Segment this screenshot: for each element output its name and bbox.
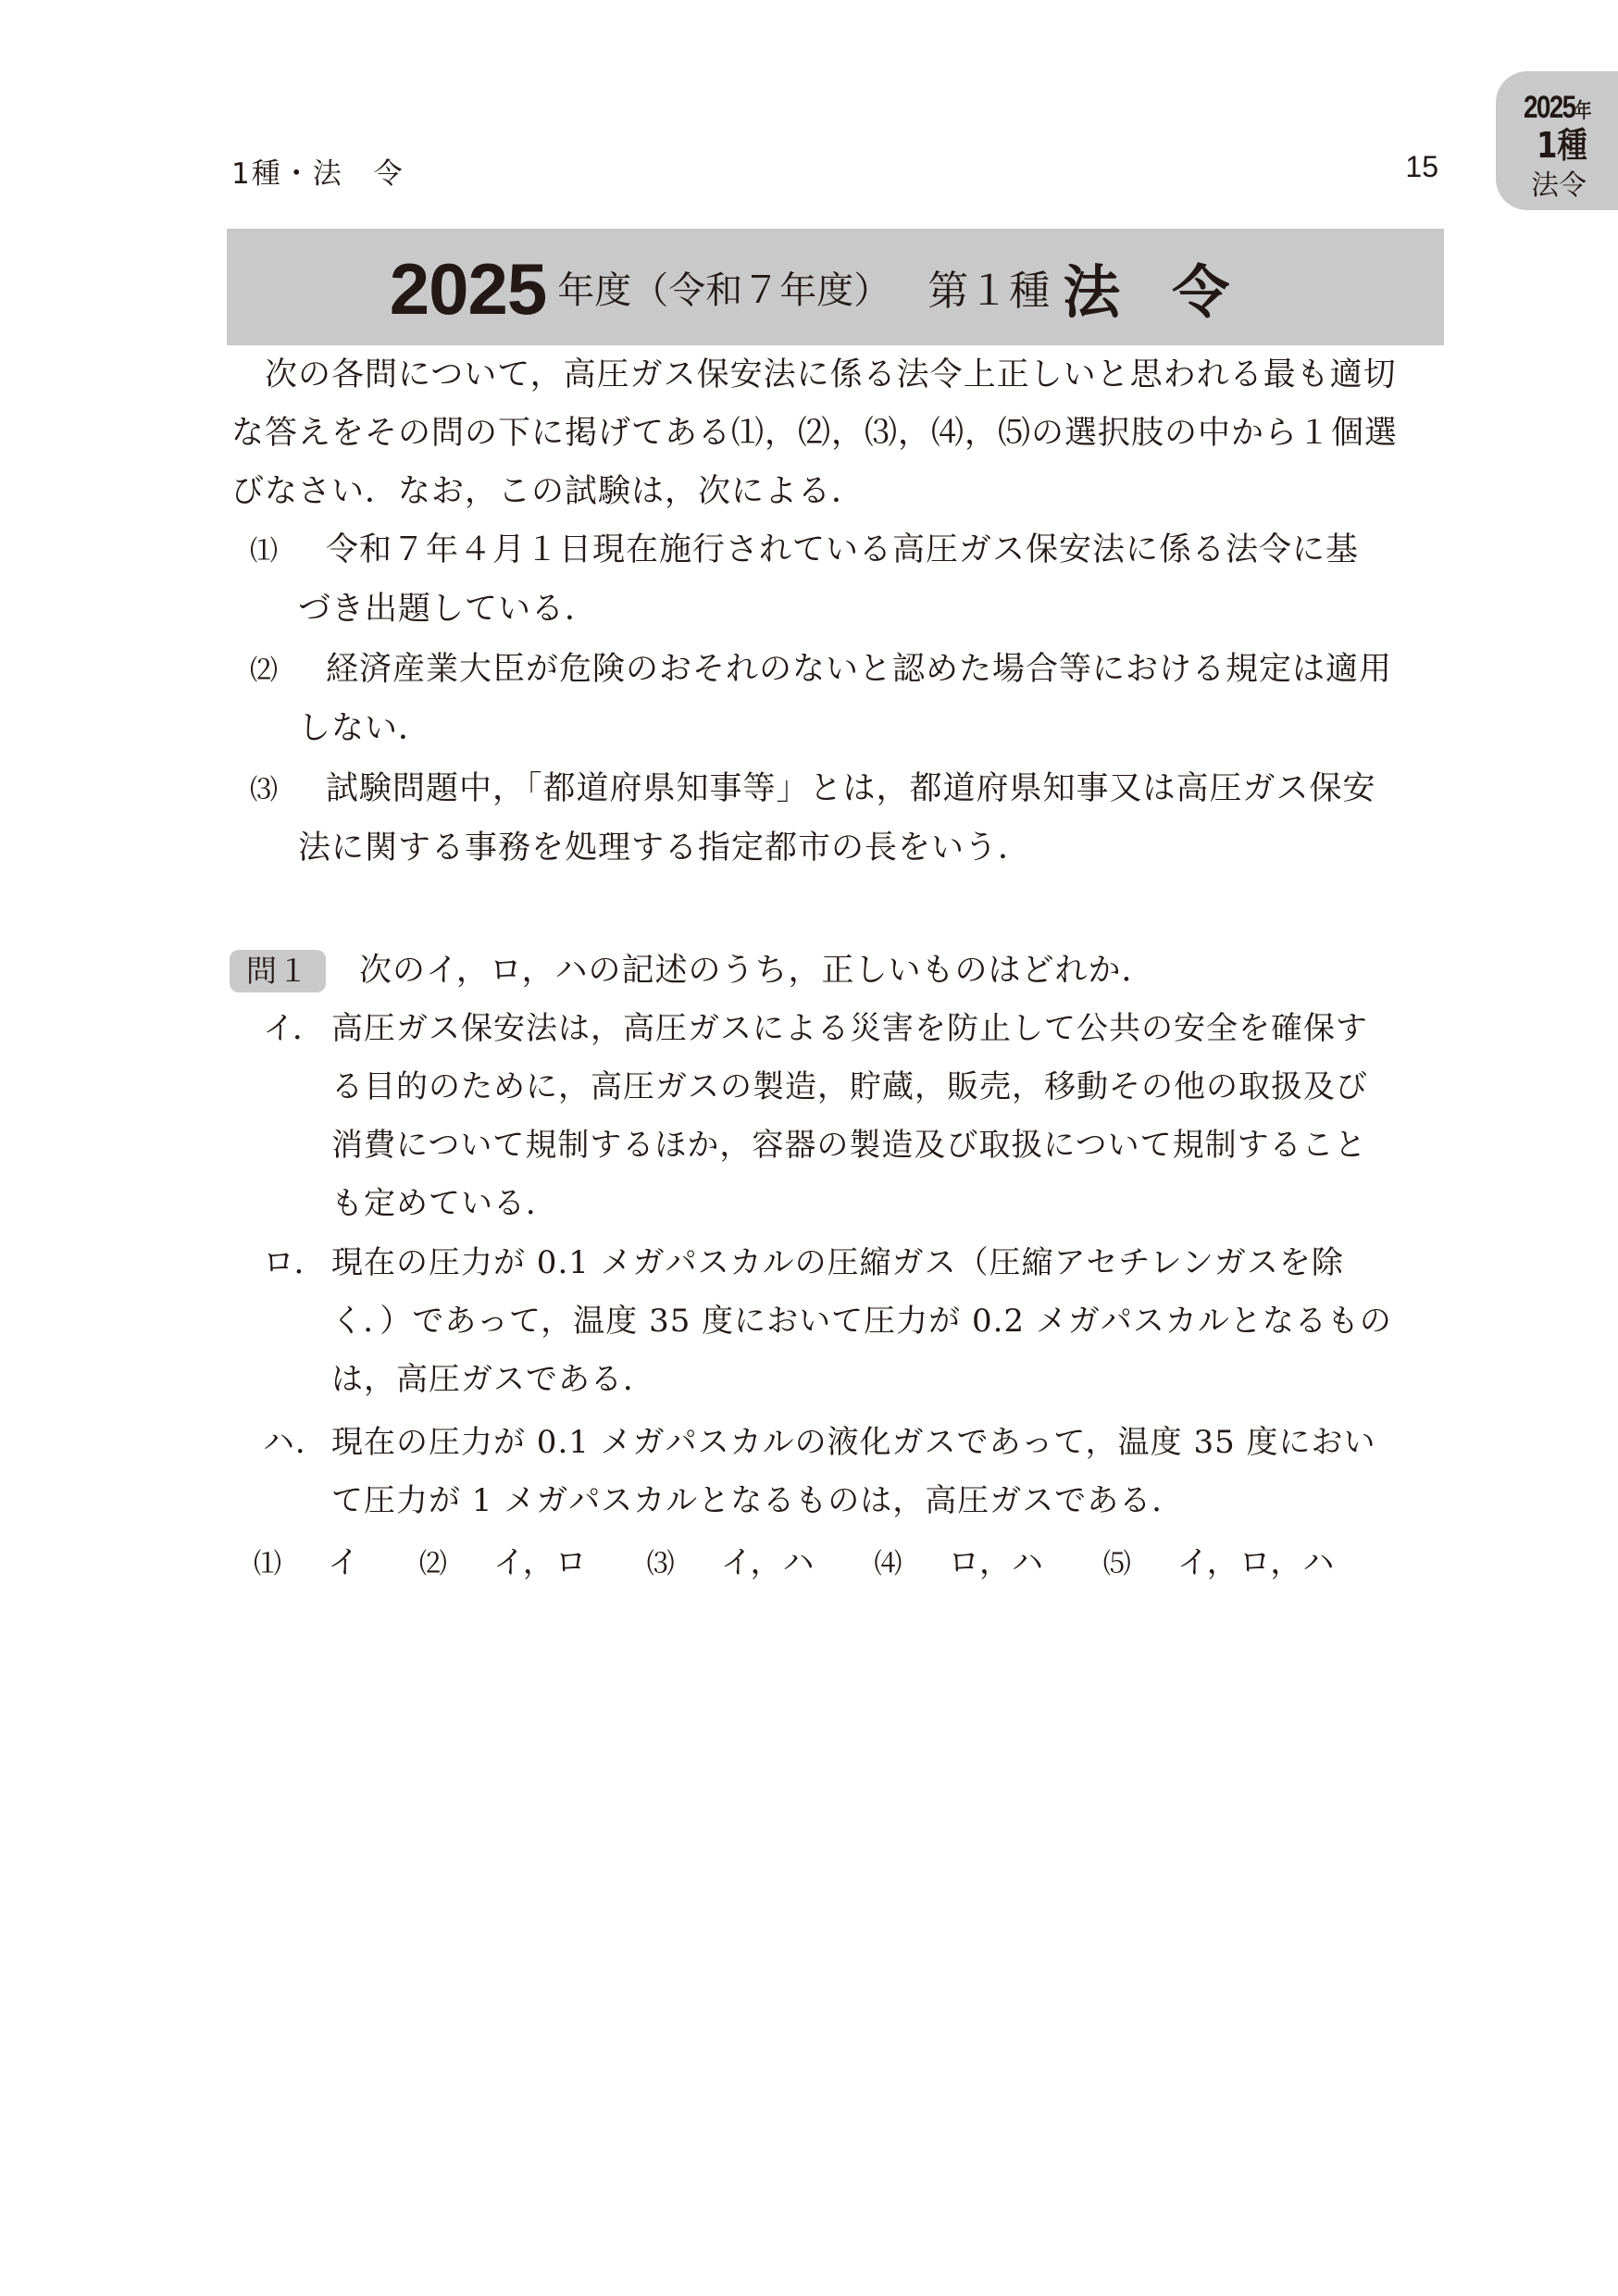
statement-mark: ロ． (263, 1234, 331, 1292)
statement-ro: ロ．現在の圧力が 0.1 メガパスカルの圧縮ガス（圧縮アセチレンガスを除 く．）… (263, 1234, 1392, 1409)
intro-line: な答えをその問の下に掲げてある⑴，⑵，⑶，⑷，⑸の選択肢の中から１個選 (231, 405, 1398, 463)
question-header: 問１次のイ，ロ，ハの記述のうち，正しいものはどれか． (230, 942, 1154, 1001)
choice-number: ⑴ (254, 1535, 328, 1593)
choice-text: イ，ロ (493, 1544, 588, 1581)
statement-line: く．）であって，温度 35 度において圧力が 0.2 メガパスカルとなるもの (263, 1292, 1392, 1351)
side-index-tab: 2025年 1種 法令 (1496, 71, 1618, 210)
condition-text: 令和７年４月１日現在施行されている高圧ガス保安法に係る法令に基 (326, 531, 1359, 568)
title-era: 年度（令和７年度） (557, 261, 890, 314)
running-header: 1種・法 令 (231, 150, 404, 192)
statement-mark: イ． (263, 1000, 331, 1058)
statement-line: て圧力が 1 メガパスカルとなるものは，高圧ガスである． (263, 1472, 1376, 1530)
choice-text: イ (328, 1544, 360, 1581)
statement-line: 消費について規制するほか，容器の製造及び取扱について規制すること (263, 1117, 1368, 1175)
intro-line: 次の各問について，高圧ガス保安法に係る法令上正しいと思われる最も適切 (231, 346, 1398, 405)
title-bar: 2025 年度（令和７年度） 第１種 法令 (227, 229, 1444, 345)
side-tab-year: 2025年 (1524, 92, 1590, 127)
condition-item: ⑴令和７年４月１日現在施行されている高圧ガス保安法に係る法令に基 づき出題してい… (250, 521, 1359, 639)
side-tab-subject: 法令 (1531, 171, 1587, 201)
choice-number: ⑵ (419, 1535, 493, 1593)
answer-choice-3[interactable]: ⑶イ，ハ (647, 1534, 815, 1593)
intro-line: びなさい．なお，この試験は，次による． (231, 463, 1398, 521)
condition-text: 経済産業大臣が危険のおそれのないと認めた場合等における規定は適用 (326, 651, 1392, 688)
condition-number: ⑵ (250, 642, 326, 700)
title-kind: 第１種 (927, 257, 1050, 317)
condition-item: ⑶試験問題中，「都道府県知事等」とは，都道府県知事又は高圧ガス保安 法に関する事… (250, 760, 1376, 878)
condition-text: 試験問題中，「都道府県知事等」とは，都道府県知事又は高圧ガス保安 (326, 770, 1376, 807)
page-number: 15 (1405, 150, 1438, 184)
title-subject: 法令 (1063, 246, 1281, 329)
statement-ha: ハ．現在の圧力が 0.1 メガパスカルの液化ガスであって，温度 35 度におい … (263, 1414, 1376, 1530)
condition-number: ⑴ (250, 522, 326, 580)
condition-text-continued: づき出題している． (250, 580, 1359, 639)
condition-number: ⑶ (250, 761, 326, 819)
statement-line: 高圧ガス保安法は，高圧ガスによる災害を防止して公共の安全を確保す (331, 1010, 1368, 1047)
statement-line: 現在の圧力が 0.1 メガパスカルの液化ガスであって，温度 35 度におい (331, 1424, 1376, 1461)
condition-text-continued: 法に関する事務を処理する指定都市の長をいう． (250, 819, 1376, 878)
condition-text-continued: しない． (250, 700, 1392, 758)
statement-line: も定めている． (263, 1175, 1368, 1233)
answer-choice-5[interactable]: ⑸イ，ロ，ハ (1103, 1534, 1336, 1593)
side-tab-kind: 1種 (1537, 127, 1587, 164)
answer-choice-4[interactable]: ⑷ロ，ハ (874, 1534, 1044, 1593)
choice-text: ロ，ハ (948, 1544, 1044, 1581)
question-number-badge: 問１ (230, 950, 326, 992)
statement-line: る目的のために，高圧ガスの製造，貯蔵，販売，移動その他の取扱及び (263, 1058, 1368, 1117)
choice-number: ⑶ (647, 1535, 721, 1593)
choice-text: イ，ロ，ハ (1177, 1544, 1336, 1581)
choice-text: イ，ハ (721, 1544, 815, 1581)
side-tab-year-suffix: 年 (1574, 99, 1589, 122)
statement-mark: ハ． (263, 1414, 331, 1472)
statement-line: は，高圧ガスである． (263, 1351, 1392, 1409)
intro-paragraph: 次の各問について，高圧ガス保安法に係る法令上正しいと思われる最も適切 な答えをそ… (231, 346, 1398, 521)
title-year: 2025 (390, 247, 547, 331)
choice-number: ⑸ (1103, 1535, 1177, 1593)
side-tab-year-number: 2025 (1524, 90, 1574, 125)
condition-item: ⑵経済産業大臣が危険のおそれのないと認めた場合等における規定は適用 しない． (250, 641, 1392, 758)
answer-choice-2[interactable]: ⑵イ，ロ (419, 1534, 588, 1593)
answer-choices: ⑴イ ⑵イ，ロ ⑶イ，ハ ⑷ロ，ハ ⑸イ，ロ，ハ (254, 1534, 1383, 1593)
answer-choice-1[interactable]: ⑴イ (254, 1534, 360, 1593)
statement-line: 現在の圧力が 0.1 メガパスカルの圧縮ガス（圧縮アセチレンガスを除 (331, 1244, 1344, 1281)
statement-i: イ．高圧ガス保安法は，高圧ガスによる災害を防止して公共の安全を確保す る目的のた… (263, 1000, 1368, 1233)
choice-number: ⑷ (874, 1535, 948, 1593)
exam-page: 2025年 1種 法令 1種・法 令 15 2025 年度（令和７年度） 第１種… (0, 0, 1618, 2296)
question-stem: 次のイ，ロ，ハの記述のうち，正しいものはどれか． (359, 953, 1154, 990)
